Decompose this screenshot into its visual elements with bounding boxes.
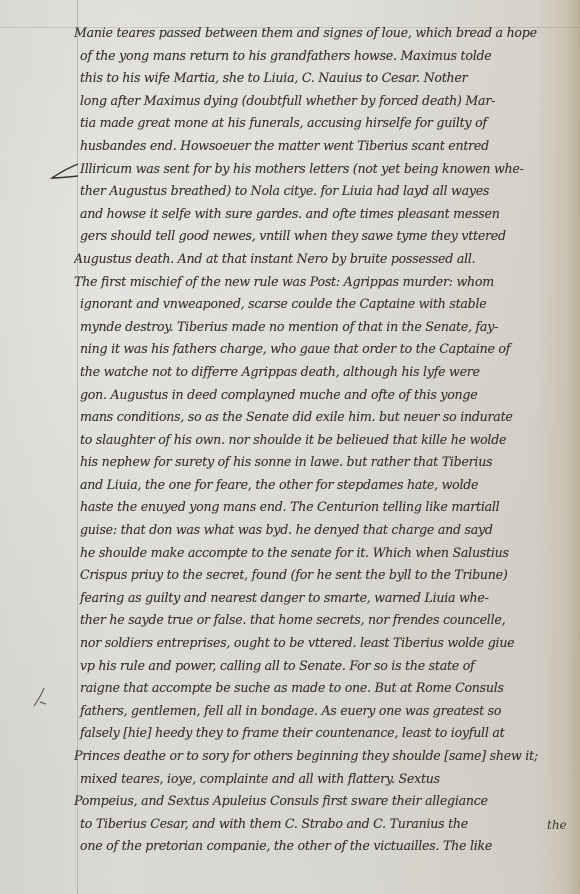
text-line: to slaughter of his own. nor shoulde it … — [74, 429, 574, 452]
text-line: mynde destroy. Tiberius made no mention … — [74, 316, 574, 339]
text-line: long after Maximus dying (doubtfull whet… — [74, 90, 574, 113]
text-line: Manie teares passed between them and sig… — [74, 22, 574, 45]
text-line: Illiricum was sent for by his mothers le… — [74, 158, 574, 181]
text-line: the watche not to differre Agrippas deat… — [74, 361, 574, 384]
text-line: Pompeius, and Sextus Apuleius Consuls fi… — [74, 790, 574, 813]
text-line: ning it was his fathers charge, who gaue… — [74, 338, 574, 361]
text-line: ther he sayde true or false. that home s… — [74, 609, 574, 632]
text-line: Princes deathe or to sory for others beg… — [74, 745, 574, 768]
text-line: tia made great mone at his funerals, acc… — [74, 112, 574, 135]
text-line: fearing as guilty and nearest danger to … — [74, 587, 574, 610]
text-line: falsely [hie] heedy they to frame their … — [74, 722, 574, 745]
text-line: and Liuia, the one for feare, the other … — [74, 474, 574, 497]
text-line: haste the enuyed yong mans end. The Cent… — [74, 496, 574, 519]
text-line: mixed teares, ioye, complainte and all w… — [74, 768, 574, 791]
text-line: he shoulde make accompte to the senate f… — [74, 542, 574, 565]
text-line: to Tiberius Cesar, and with them C. Stra… — [74, 813, 574, 836]
text-line: mans conditions, so as the Senate did ex… — [74, 406, 574, 429]
text-line: Augustus death. And at that instant Nero… — [74, 248, 574, 271]
text-line: nor soldiers entreprises, ought to be vt… — [74, 632, 574, 655]
text-line: one of the pretorian companie, the other… — [74, 835, 574, 858]
text-line: Crispus priuy to the secret, found (for … — [74, 564, 574, 587]
text-line: guise: that don was what was byd. he den… — [74, 519, 574, 542]
text-line: this to his wife Martia, she to Liuia, C… — [74, 67, 574, 90]
text-line: husbandes end. Howsoeuer the matter went… — [74, 135, 574, 158]
text-line: vp his rule and power, calling all to Se… — [74, 655, 574, 678]
manuscript-page: Manie teares passed between them and sig… — [0, 0, 580, 894]
text-line: and howse it selfe with sure gardes. and… — [74, 203, 574, 226]
text-line: of the yong mans return to his grandfath… — [74, 45, 574, 68]
manuscript-text: Manie teares passed between them and sig… — [74, 22, 574, 858]
text-line: raigne that accompte be suche as made to… — [74, 677, 574, 700]
text-line: gers should tell good newes, vntill when… — [74, 225, 574, 248]
text-line: fathers, gentlemen, fell all in bondage.… — [74, 700, 574, 723]
text-line: gon. Augustus in deed complayned muche a… — [74, 384, 574, 407]
margin-annotation-icon — [30, 686, 50, 708]
text-line: ther Augustus breathed) to Nola citye. f… — [74, 180, 574, 203]
text-line: The first mischief of the new rule was P… — [74, 271, 574, 294]
catchword: the — [547, 818, 567, 832]
text-line: ignorant and vnweaponed, scarse coulde t… — [74, 293, 574, 316]
text-line: his nephew for surety of his sonne in la… — [74, 451, 574, 474]
